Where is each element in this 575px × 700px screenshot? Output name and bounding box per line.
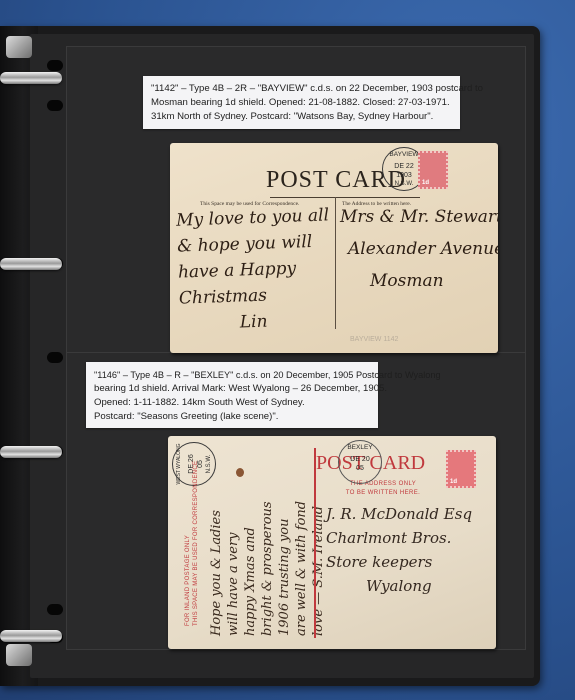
print-line: THIS SPACE MAY BE USED FOR CORRESPONDENC… bbox=[192, 461, 200, 626]
postmark-state: N.S.W. bbox=[206, 443, 212, 485]
message-line: bright & prosperous bbox=[259, 501, 276, 636]
title-underline bbox=[270, 197, 420, 198]
binder-ring-bottom bbox=[0, 630, 62, 642]
postmark-year: 05 bbox=[339, 465, 381, 472]
postmark-bexley: BEXLEY DE 20 05 bbox=[338, 440, 382, 484]
handwritten-address: J. R. McDonald Esq Charlmont Bros. Store… bbox=[326, 502, 472, 598]
print-line: FOR INLAND POSTAGE ONLY bbox=[184, 461, 192, 626]
instruction-line: THE ADDRESS ONLY bbox=[328, 480, 438, 489]
brown-stain bbox=[236, 468, 244, 477]
pencil-annotation: BAYVIEW 1142 bbox=[350, 336, 398, 343]
instruction-line: TO BE WRITTEN HERE. bbox=[328, 489, 438, 498]
stamp-1d-shield: 1d bbox=[418, 151, 448, 189]
ring-mechanism bbox=[6, 644, 32, 666]
address-instruction: THE ADDRESS ONLY TO BE WRITTEN HERE. bbox=[328, 480, 438, 498]
binder-ring-top bbox=[0, 72, 62, 84]
binder-ring-middle-lower bbox=[0, 446, 62, 458]
punch-hole bbox=[47, 60, 63, 71]
message-line: 1906 trusting you bbox=[276, 501, 293, 636]
center-divider bbox=[335, 197, 336, 329]
stamp-1d-shield: 1d bbox=[446, 450, 476, 488]
address-line: Mrs & Mr. Stewart bbox=[340, 201, 498, 233]
message-line: & hope you will bbox=[177, 228, 331, 259]
red-divider bbox=[314, 448, 316, 638]
address-line: Store keepers bbox=[326, 550, 472, 574]
address-line: J. R. McDonald Esq bbox=[326, 502, 472, 526]
postmark-town: BEXLEY bbox=[339, 444, 381, 451]
message-line: are well & with fond bbox=[293, 501, 310, 636]
message-line: love — S.M. Ireland bbox=[310, 501, 327, 636]
postcard-bayview: POST CARD This Space may be used for Cor… bbox=[170, 143, 498, 353]
postmark-town: WEST WYALONG bbox=[176, 443, 182, 485]
handwritten-message: Hope you & Ladies will have a very happy… bbox=[208, 501, 327, 636]
message-signature: Lin bbox=[179, 306, 333, 337]
postmark-date: DE 20 bbox=[339, 456, 381, 463]
address-line: Charlmont Bros. bbox=[326, 526, 472, 550]
label-line: bearing 1d shield. Arrival Mark: West Wy… bbox=[94, 382, 370, 396]
label-line: Mosman bearing 1d shield. Opened: 21-08-… bbox=[151, 96, 452, 110]
handwritten-address: Mrs & Mr. Stewart Alexander Avenue Mosma… bbox=[340, 201, 498, 297]
address-line: Wyalong bbox=[326, 574, 472, 598]
binder-ring-middle-upper bbox=[0, 258, 62, 270]
message-line: happy Xmas and bbox=[242, 501, 259, 636]
inland-postage-print: FOR INLAND POSTAGE ONLY THIS SPACE MAY B… bbox=[184, 461, 200, 626]
stamp-value: 1d bbox=[422, 180, 429, 186]
ring-mechanism bbox=[6, 36, 32, 58]
address-line: Alexander Avenue bbox=[340, 233, 498, 265]
label-line: 31km North of Sydney. Postcard: "Watsons… bbox=[151, 110, 452, 124]
punch-hole bbox=[47, 100, 63, 111]
punch-hole bbox=[47, 604, 63, 615]
label-line: Opened: 1-11-1882. 14km South West of Sy… bbox=[94, 396, 370, 410]
stamp-value: 1d bbox=[450, 479, 457, 485]
address-line: Mosman bbox=[340, 265, 498, 297]
message-line: will have a very bbox=[225, 501, 242, 636]
handwritten-message: My love to you all & hope you will have … bbox=[176, 202, 333, 337]
label-line: "1142" – Type 4B – 2R – "BAYVIEW" c.d.s.… bbox=[151, 82, 452, 96]
message-line: Hope you & Ladies bbox=[208, 501, 225, 636]
postcard-bexley: WEST WYALONG DE 26 05 N.S.W. FOR INLAND … bbox=[168, 436, 496, 649]
label-line: "1146" – Type 4B – R – "BEXLEY" c.d.s. o… bbox=[94, 368, 370, 382]
description-label-1142: "1142" – Type 4B – 2R – "BAYVIEW" c.d.s.… bbox=[143, 76, 460, 129]
punch-hole bbox=[47, 352, 63, 363]
label-line: Postcard: "Seasons Greeting (lake scene)… bbox=[94, 410, 370, 424]
description-label-1146: "1146" – Type 4B – R – "BEXLEY" c.d.s. o… bbox=[86, 362, 378, 428]
